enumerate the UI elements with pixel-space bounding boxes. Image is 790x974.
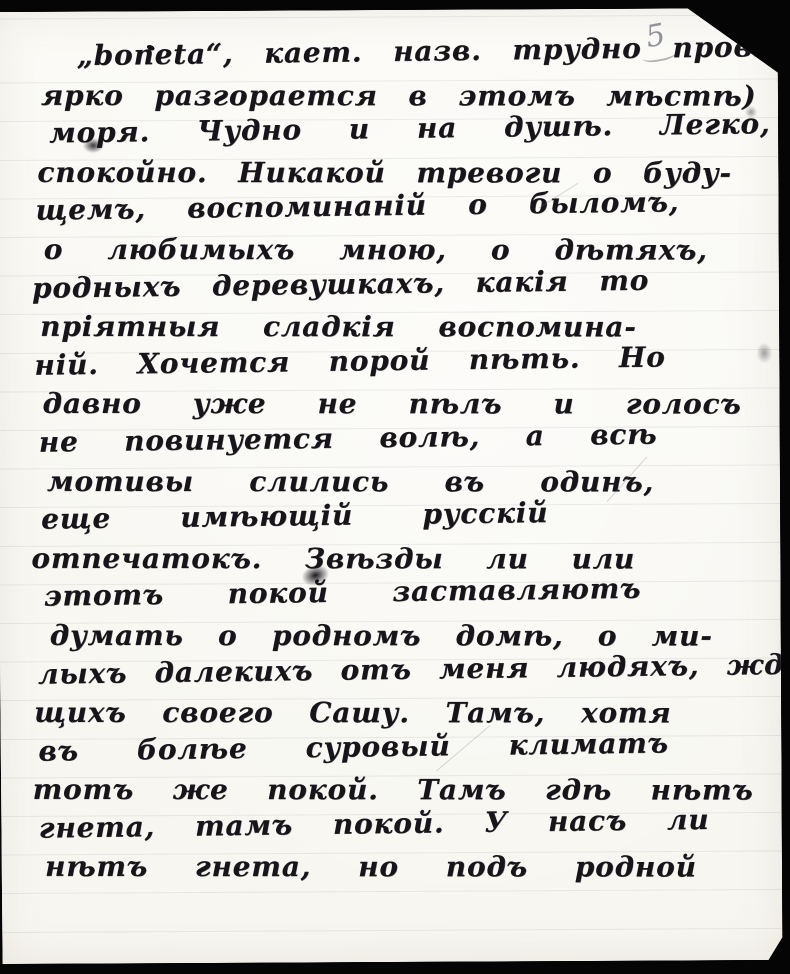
handwritten-line: еще имѣющій русскій [23, 491, 774, 539]
manuscript-page: 5 „boneta“, кает. назв. трудно провѣрить… [0, 8, 782, 964]
handwritten-line: нѣтъ гнета, но подъ родной [25, 848, 776, 887]
handwritten-line: этотъ покой заставляютъ [23, 568, 774, 616]
manuscript-text: „boneta“, кает. назв. трудно провѣрить я… [21, 34, 776, 887]
scan-background: 5 „boneta“, кает. назв. трудно провѣрить… [0, 0, 790, 974]
handwritten-line: моря. Чудно и на душѣ. Легко, [21, 105, 772, 153]
handwritten-line: щемъ, воспоминаній о быломъ, [21, 182, 772, 230]
